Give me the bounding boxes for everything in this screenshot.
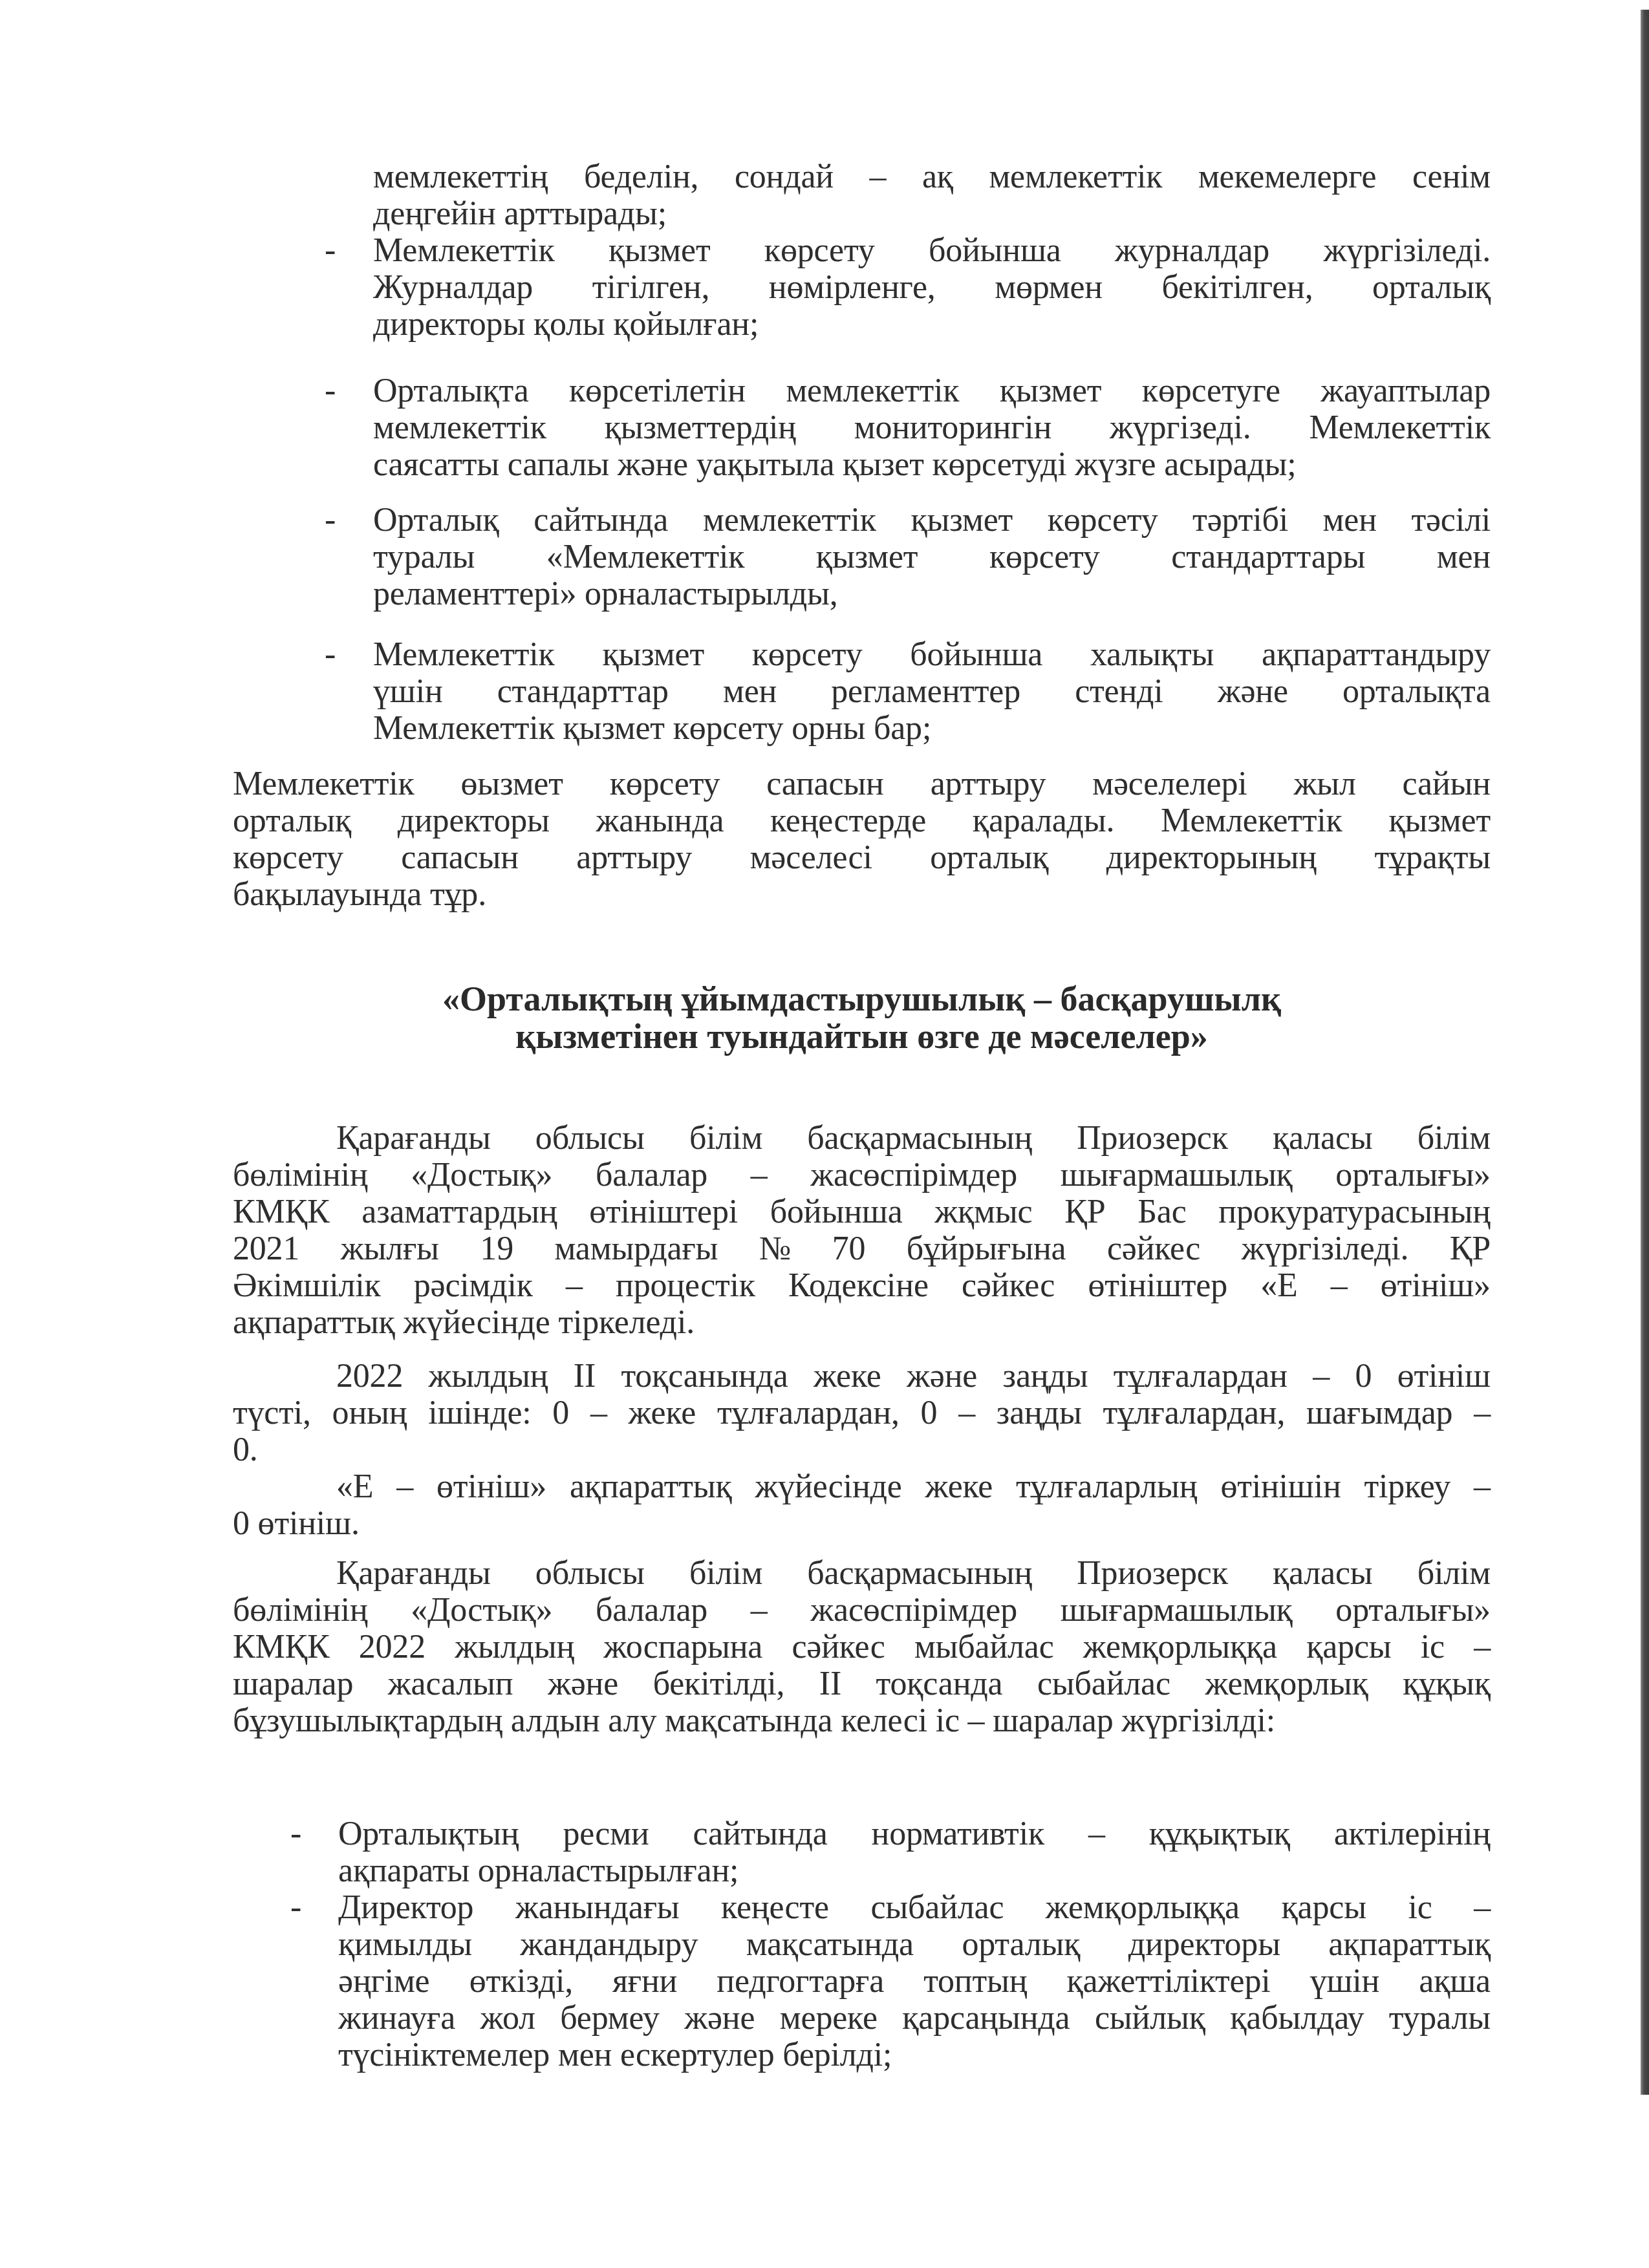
word: қарсаңында	[902, 2000, 1070, 2037]
word: бойынша	[770, 1193, 903, 1230]
bullet-dash: -	[325, 636, 336, 673]
word: балалар	[596, 1157, 707, 1193]
word: ақ	[922, 158, 953, 195]
bullet-item-website-standards: Орталықсайтындамемлекеттікқызметкөрсетут…	[373, 502, 1491, 612]
word: №	[759, 1230, 791, 1267]
word: бұйрығына	[907, 1230, 1066, 1267]
word: өтініш	[1397, 1358, 1491, 1395]
word: тоқсанында	[621, 1358, 788, 1395]
word: –	[1331, 1267, 1348, 1304]
word: мәселесі	[750, 839, 872, 876]
word: Приозерск	[1077, 1120, 1228, 1157]
word: –	[1474, 1629, 1491, 1665]
word: –	[590, 1395, 607, 1431]
text-line: бақылауында тұр.	[233, 876, 1491, 913]
word: –	[396, 1468, 413, 1505]
text-line: ақпараты орналастырылған;	[338, 1852, 1491, 1889]
word: арттыру	[931, 765, 1046, 802]
word: сыбайлас	[1037, 1665, 1170, 1702]
word: стандарттар	[497, 673, 669, 710]
word: кеңестерде	[770, 802, 926, 839]
text-line: Журналдартігілген,нөмірленге,мөрменбекіт…	[373, 269, 1491, 306]
bullet-dash: -	[325, 502, 336, 539]
word: –	[1474, 1468, 1491, 1505]
word: мереке	[780, 2000, 878, 2037]
word: тұлғаларлың	[1016, 1468, 1197, 1505]
word: 0	[1355, 1358, 1372, 1395]
text-line: бұзушылықтардың алдын алу мақсатында кел…	[233, 1702, 1491, 1739]
word: жандандыру	[520, 1926, 698, 1963]
word: түсті,	[233, 1395, 311, 1431]
word: сапасын	[766, 765, 883, 802]
bullet-continuation: мемлекеттіңбеделін,сондай–ақмемлекеттікм…	[373, 158, 1491, 232]
text-line: КМҚК2022жылдыңжоспарынасәйкесмыбайласжем…	[233, 1629, 1491, 1665]
text-line: 0 өтініш.	[233, 1505, 1491, 1542]
word: білім	[689, 1555, 762, 1592]
text-line: шараларжасалыпжәнебекітілді,ІІтоқсандасы…	[233, 1665, 1491, 1702]
word: –	[1088, 1815, 1105, 1852]
text-line: ҚарағандыоблысыбілімбасқармасыныңПриозер…	[233, 1120, 1491, 1157]
word: бекітілген,	[1161, 269, 1313, 306]
word: басқармасының	[807, 1120, 1032, 1157]
word: яғни	[612, 1963, 677, 2000]
word: қызмет	[1388, 802, 1491, 839]
word: актілерінің	[1334, 1815, 1491, 1852]
word: орталығы»	[1335, 1157, 1491, 1193]
bullet-item-director-council: Директоржанындағыкеңестесыбайласжемқорлы…	[338, 1889, 1491, 2073]
text-line: Орталықтакөрсетілетінмемлекеттікқызметкө…	[373, 372, 1491, 409]
text-line: жинауғажолбермеужәнемерекеқарсаңындасыйл…	[338, 2000, 1491, 2037]
word: Кодексіне	[788, 1267, 929, 1304]
heading-line: қызметінен туындайтын өзге де мәселелер»	[233, 1018, 1491, 1055]
word: жүйесінде	[755, 1468, 901, 1505]
word: топтың	[923, 1963, 1027, 2000]
text-line: Әкімшілікрәсімдік–процестікКодексінесәйк…	[233, 1267, 1491, 1304]
text-line: орталықдиректорыжанындакеңестердеқаралад…	[233, 802, 1491, 839]
word: директорының	[1106, 839, 1317, 876]
word: педгогтарға	[717, 1963, 884, 2000]
word: мөрмен	[995, 269, 1103, 306]
word: мемлекеттік	[373, 409, 546, 446]
word: облысы	[535, 1120, 645, 1157]
word: жүргізіледі.	[1323, 232, 1491, 269]
text-line: туралы«Мемлекеттікқызметкөрсетустандартт…	[373, 539, 1491, 575]
text-line: Орталықсайтындамемлекеттікқызметкөрсетут…	[373, 502, 1491, 539]
word: орталық	[233, 802, 351, 839]
text-line: 2022жылдыңІІтоқсанындажекежәнезаңдытұлға…	[233, 1358, 1491, 1395]
word: ақпараттық	[1328, 1926, 1491, 1963]
word: мен	[723, 673, 777, 710]
text-line: саясатты сапалы және уақытыла қызет көрс…	[373, 446, 1491, 483]
text-line: ҚарағандыоблысыбілімбасқармасыныңПриозер…	[233, 1555, 1491, 1592]
word: жанында	[596, 802, 724, 839]
word: 2022	[336, 1358, 403, 1395]
word: 70	[832, 1230, 866, 1267]
word: журналдар	[1115, 232, 1269, 269]
word: өтініш»	[436, 1468, 546, 1505]
word: жеке	[629, 1395, 696, 1431]
word: қажеттіліктері	[1067, 1963, 1271, 2000]
text-line: Мемлекеттік қызмет көрсету орны бар;	[373, 710, 1491, 747]
word: сенім	[1412, 158, 1491, 195]
word: қаласы	[1273, 1120, 1373, 1157]
text-line: Орталықтыңресмисайтынданормативтік–құқық…	[338, 1815, 1491, 1852]
text-line: деңгейін арттырады;	[373, 195, 1491, 232]
word: Приозерск	[1077, 1555, 1228, 1592]
word: бөлімінің	[233, 1592, 368, 1629]
word: мемлекеттік	[703, 502, 876, 539]
word: жүргізіледі.	[1242, 1230, 1409, 1267]
word: өткізді,	[469, 1963, 573, 2000]
word: директоры	[398, 802, 550, 839]
text-line: реламенттері» орналастырылды,	[373, 575, 1491, 612]
paragraph-appeals-q2: 2022жылдыңІІтоқсанындажекежәнезаңдытұлға…	[233, 1358, 1491, 1468]
text-line: қимылдыжандандырумақсатындаорталықдирект…	[338, 1926, 1491, 1963]
word: туралы	[373, 539, 475, 575]
word: халықты	[1090, 636, 1214, 673]
word: сайтында	[533, 502, 668, 539]
text-line: Мемлекеттікқызметкөрсетубойыншахалықтыақ…	[373, 636, 1491, 673]
word: сәйкес	[792, 1629, 885, 1665]
word: жемқорлық	[1205, 1665, 1368, 1702]
word: жемқорлыққа	[1083, 1629, 1277, 1665]
word: «Достық»	[411, 1592, 552, 1629]
word: білім	[689, 1120, 762, 1157]
bullet-item-legal-acts: Орталықтыңресмисайтынданормативтік–құқық…	[338, 1815, 1491, 1889]
text-line: түсініктемелер мен ескертулер берілді;	[338, 2037, 1491, 2073]
word: орталығы»	[1335, 1592, 1491, 1629]
text-line: директоры қолы қойылған;	[373, 306, 1491, 343]
word: сапасын	[401, 839, 518, 876]
text-line: бөлімінің«Достық»балалар–жасөспірімдершы…	[233, 1592, 1491, 1629]
word: жанындағы	[515, 1889, 680, 1926]
word: басқармасының	[807, 1555, 1032, 1592]
bullet-dash: -	[290, 1889, 301, 1926]
word: жыл	[1293, 765, 1355, 802]
paragraph-appeals-intro: ҚарағандыоблысыбілімбасқармасыныңПриозер…	[233, 1120, 1491, 1341]
word: Қарағанды	[336, 1120, 491, 1157]
word: қызмет	[911, 502, 1013, 539]
word: шығармашылық	[1061, 1157, 1293, 1193]
word: орталықта	[1342, 673, 1491, 710]
word: жқмыс	[934, 1193, 1032, 1230]
word: шығармашылық	[1061, 1592, 1293, 1629]
word: сыйлық	[1095, 2000, 1205, 2037]
word: 2022	[359, 1629, 426, 1665]
word: тұрақты	[1375, 839, 1491, 876]
word: бермеу	[560, 2000, 660, 2037]
word: тұлғалардан,	[717, 1395, 900, 1431]
word: Мемлекеттік	[233, 765, 415, 802]
word: мемлекеттік	[989, 158, 1162, 195]
word: жүргізеді.	[1110, 409, 1251, 446]
word: жол	[480, 2000, 535, 2037]
text-line: КМҚКазаматтардыңөтініштерібойыншажқмысҚР…	[233, 1193, 1491, 1230]
paragraph-anticorruption: ҚарағандыоблысыбілімбасқармасыныңПриозер…	[233, 1555, 1491, 1739]
word: жеке	[814, 1358, 881, 1395]
word: көрсету	[989, 539, 1100, 575]
word: –	[1474, 1889, 1491, 1926]
word: және	[684, 2000, 755, 2037]
word: құқықтық	[1149, 1815, 1290, 1852]
word: жасөспірімдер	[810, 1157, 1017, 1193]
word: сәйкес	[1107, 1230, 1200, 1267]
word: бойынша	[910, 636, 1042, 673]
word: көрсету	[752, 636, 863, 673]
word: тоқсанда	[876, 1665, 1003, 1702]
word: орталық	[962, 1926, 1080, 1963]
bullet-item-info-stand: Мемлекеттікқызметкөрсетубойыншахалықтыақ…	[373, 636, 1491, 747]
word: тіркеу	[1364, 1468, 1450, 1505]
word: нөмірленге,	[769, 269, 936, 306]
heading-line: «Орталықтың ұйымдастырушылық – басқарушы…	[233, 980, 1491, 1018]
word: қарсы	[1306, 1629, 1391, 1665]
word: қаласы	[1273, 1555, 1373, 1592]
text-line: бөлімінің«Достық»балалар–жасөспірімдершы…	[233, 1157, 1491, 1193]
word: Қарағанды	[336, 1555, 491, 1592]
word: мониторингін	[854, 409, 1051, 446]
word: –	[751, 1157, 768, 1193]
word: қызметтердің	[605, 409, 796, 446]
word: ішінде:	[428, 1395, 531, 1431]
text-line: түсті,оныңішінде:0–жекетұлғалардан,0–заң…	[233, 1395, 1491, 1431]
word: сондай	[735, 158, 834, 195]
word: ақша	[1419, 1963, 1491, 2000]
word: регламенттер	[831, 673, 1020, 710]
word: қабылдау	[1230, 2000, 1364, 2037]
word: беделін,	[584, 158, 698, 195]
word: оның	[332, 1395, 407, 1431]
word: көрсету	[764, 232, 875, 269]
word: жылғы	[341, 1230, 439, 1267]
word: сыбайлас	[870, 1889, 1004, 1926]
word: тұлғалардан,	[1103, 1395, 1285, 1431]
word: кеңесте	[721, 1889, 829, 1926]
word: «Мемлекеттік	[546, 539, 744, 575]
word: азаматтардың	[361, 1193, 557, 1230]
text-line: 2021жылғы19мамырдағы№70бұйрығынасәйкесжү…	[233, 1230, 1491, 1267]
word: КМҚК	[233, 1629, 330, 1665]
word: 19	[480, 1230, 513, 1267]
bullet-item-monitoring: Орталықтакөрсетілетінмемлекеттікқызметкө…	[373, 372, 1491, 483]
word: облысы	[535, 1555, 645, 1592]
word: стандарттары	[1171, 539, 1365, 575]
word: және	[548, 1665, 618, 1702]
text-line: әңгімеөткізді,яғнипедгогтарғатоптыңқажет…	[338, 1963, 1491, 2000]
word: процестік	[616, 1267, 755, 1304]
bullet-dash: -	[325, 372, 336, 409]
word: мақсатында	[746, 1926, 914, 1963]
word: мамырдағы	[554, 1230, 718, 1267]
text-line: мемлекеттікқызметтердіңмониторингінжүргі…	[373, 409, 1491, 446]
word: Мемлекеттік	[1161, 802, 1342, 839]
word: жылдың	[429, 1358, 548, 1395]
word: білім	[1417, 1555, 1491, 1592]
word: балалар	[596, 1592, 707, 1629]
word: сайын	[1403, 765, 1491, 802]
word: –	[751, 1592, 768, 1629]
word: үшін	[373, 673, 443, 710]
word: Бас	[1137, 1193, 1186, 1230]
word: мыбайлас	[914, 1629, 1054, 1665]
word: директоры	[1128, 1926, 1280, 1963]
word: тігілген,	[592, 269, 710, 306]
word: бойынша	[929, 232, 1061, 269]
word: Орталық	[373, 502, 499, 539]
word: рәсімдік	[414, 1267, 533, 1304]
word: 0	[921, 1395, 938, 1431]
word: шаралар	[233, 1665, 353, 1702]
scanner-edge-shadow	[1641, 10, 1649, 2095]
word: мемлекеттің	[373, 158, 548, 195]
text-line: ақпараттық жүйесінде тіркеледі.	[233, 1304, 1491, 1341]
word: білім	[1417, 1120, 1491, 1157]
word: іс	[1421, 1629, 1445, 1665]
word: және	[1218, 673, 1288, 710]
bullet-dash: -	[290, 1815, 301, 1852]
word: көрсетуге	[1142, 372, 1280, 409]
word: жауаптылар	[1320, 372, 1491, 409]
text-line: Директоржанындағыкеңестесыбайласжемқорлы…	[338, 1889, 1491, 1926]
word: мәселелері	[1092, 765, 1247, 802]
word: Мемлекеттік	[373, 232, 555, 269]
word: ресми	[563, 1815, 649, 1852]
paragraph-e-otinish: «Е–өтініш»ақпараттықжүйесіндежекетұлғала…	[233, 1468, 1491, 1542]
word: қарсы	[1282, 1889, 1366, 1926]
word: –	[566, 1267, 583, 1304]
scanned-document-page: мемлекеттіңбеделін,сондай–ақмемлекеттікм…	[0, 0, 1649, 2268]
word: заңды	[997, 1395, 1082, 1431]
word: –	[870, 158, 887, 195]
word: мекемелерге	[1198, 158, 1377, 195]
word: құқық	[1403, 1665, 1491, 1702]
word: көрсету	[233, 839, 343, 876]
word: Мемлекеттік	[373, 636, 555, 673]
text-line: көрсетусапасынарттырумәселесіорталықдире…	[233, 839, 1491, 876]
word: сайтында	[693, 1815, 828, 1852]
text-line: мемлекеттіңбеделін,сондай–ақмемлекеттікм…	[373, 158, 1491, 195]
word: Әкімшілік	[233, 1267, 381, 1304]
word: ақпараттандыру	[1262, 636, 1491, 673]
word: өтінішін	[1220, 1468, 1341, 1505]
word: заңды	[1003, 1358, 1088, 1395]
word: 0	[552, 1395, 569, 1431]
word: «Достық»	[411, 1157, 552, 1193]
word: жоспарына	[603, 1629, 762, 1665]
word: арттыру	[576, 839, 692, 876]
word: үшін	[1310, 1963, 1380, 2000]
word: қызмет	[609, 232, 711, 269]
word: бөлімінің	[233, 1157, 368, 1193]
word: жасөспірімдер	[810, 1592, 1017, 1629]
word: бекітілді,	[653, 1665, 785, 1702]
word: өтініш»	[1381, 1267, 1491, 1304]
word: Директор	[338, 1889, 473, 1926]
word: Мемлекеттік	[1309, 409, 1491, 446]
word: орталық	[930, 839, 1048, 876]
word: қызмет	[816, 539, 918, 575]
word: ІІ	[819, 1665, 841, 1702]
word: КМҚК	[233, 1193, 330, 1230]
word: тәртібі	[1192, 502, 1288, 539]
word: сәйкес	[962, 1267, 1055, 1304]
bullet-dash: -	[325, 232, 336, 269]
word: ҚР	[1450, 1230, 1491, 1267]
word: Журналдар	[373, 269, 533, 306]
word: «Е	[336, 1468, 373, 1505]
word: тұлғалардан	[1114, 1358, 1288, 1395]
text-line: 0.	[233, 1431, 1491, 1468]
bullet-item-journals: Мемлекеттікқызметкөрсетубойыншажурналдар…	[373, 232, 1491, 343]
word: көрсетілетін	[569, 372, 746, 409]
word: жеке	[925, 1468, 993, 1505]
word: көрсету	[1048, 502, 1158, 539]
word: қимылды	[338, 1926, 472, 1963]
word: Орталықта	[373, 372, 529, 409]
word: жемқорлыққа	[1046, 1889, 1240, 1926]
word: 2021	[233, 1230, 299, 1267]
word: стенді	[1075, 673, 1163, 710]
section-heading: «Орталықтың ұйымдастырушылық – басқарушы…	[233, 980, 1491, 1055]
word: қаралады.	[973, 802, 1115, 839]
word: мен	[1323, 502, 1377, 539]
word: жинауға	[338, 2000, 455, 2037]
text-line: үшінстандарттарменрегламенттерстендіжәне…	[373, 673, 1491, 710]
word: өтініштер	[1088, 1267, 1227, 1304]
word: туралы	[1389, 2000, 1491, 2037]
word: әңгіме	[338, 1963, 429, 2000]
word: қызмет	[1000, 372, 1102, 409]
word: –	[1313, 1358, 1330, 1395]
paragraph-service-quality: Мемлекеттікөызметкөрсетусапасынарттырумә…	[233, 765, 1491, 913]
word: мен	[1437, 539, 1491, 575]
word: және	[907, 1358, 977, 1395]
word: жылдың	[455, 1629, 574, 1665]
text-line: Мемлекеттікқызметкөрсетубойыншажурналдар…	[373, 232, 1491, 269]
word: шағымдар	[1306, 1395, 1452, 1431]
word: өтініштері	[589, 1193, 738, 1230]
word: нормативтік	[872, 1815, 1044, 1852]
word: көрсету	[610, 765, 720, 802]
text-line: Мемлекеттікөызметкөрсетусапасынарттырумә…	[233, 765, 1491, 802]
word: орталық	[1372, 269, 1491, 306]
word: қызмет	[602, 636, 704, 673]
word: ҚР	[1064, 1193, 1105, 1230]
word: тәсілі	[1411, 502, 1491, 539]
word: –	[958, 1395, 975, 1431]
word: –	[1474, 1395, 1491, 1431]
word: ақпараттық	[570, 1468, 732, 1505]
word: мемлекеттік	[786, 372, 959, 409]
word: жасалып	[388, 1665, 513, 1702]
word: өызмет	[460, 765, 563, 802]
word: Орталықтың	[338, 1815, 519, 1852]
word: ІІ	[574, 1358, 596, 1395]
text-line: «Е–өтініш»ақпараттықжүйесіндежекетұлғала…	[233, 1468, 1491, 1505]
word: «Е	[1260, 1267, 1297, 1304]
word: прокуратурасының	[1218, 1193, 1491, 1230]
word: іс	[1408, 1889, 1432, 1926]
